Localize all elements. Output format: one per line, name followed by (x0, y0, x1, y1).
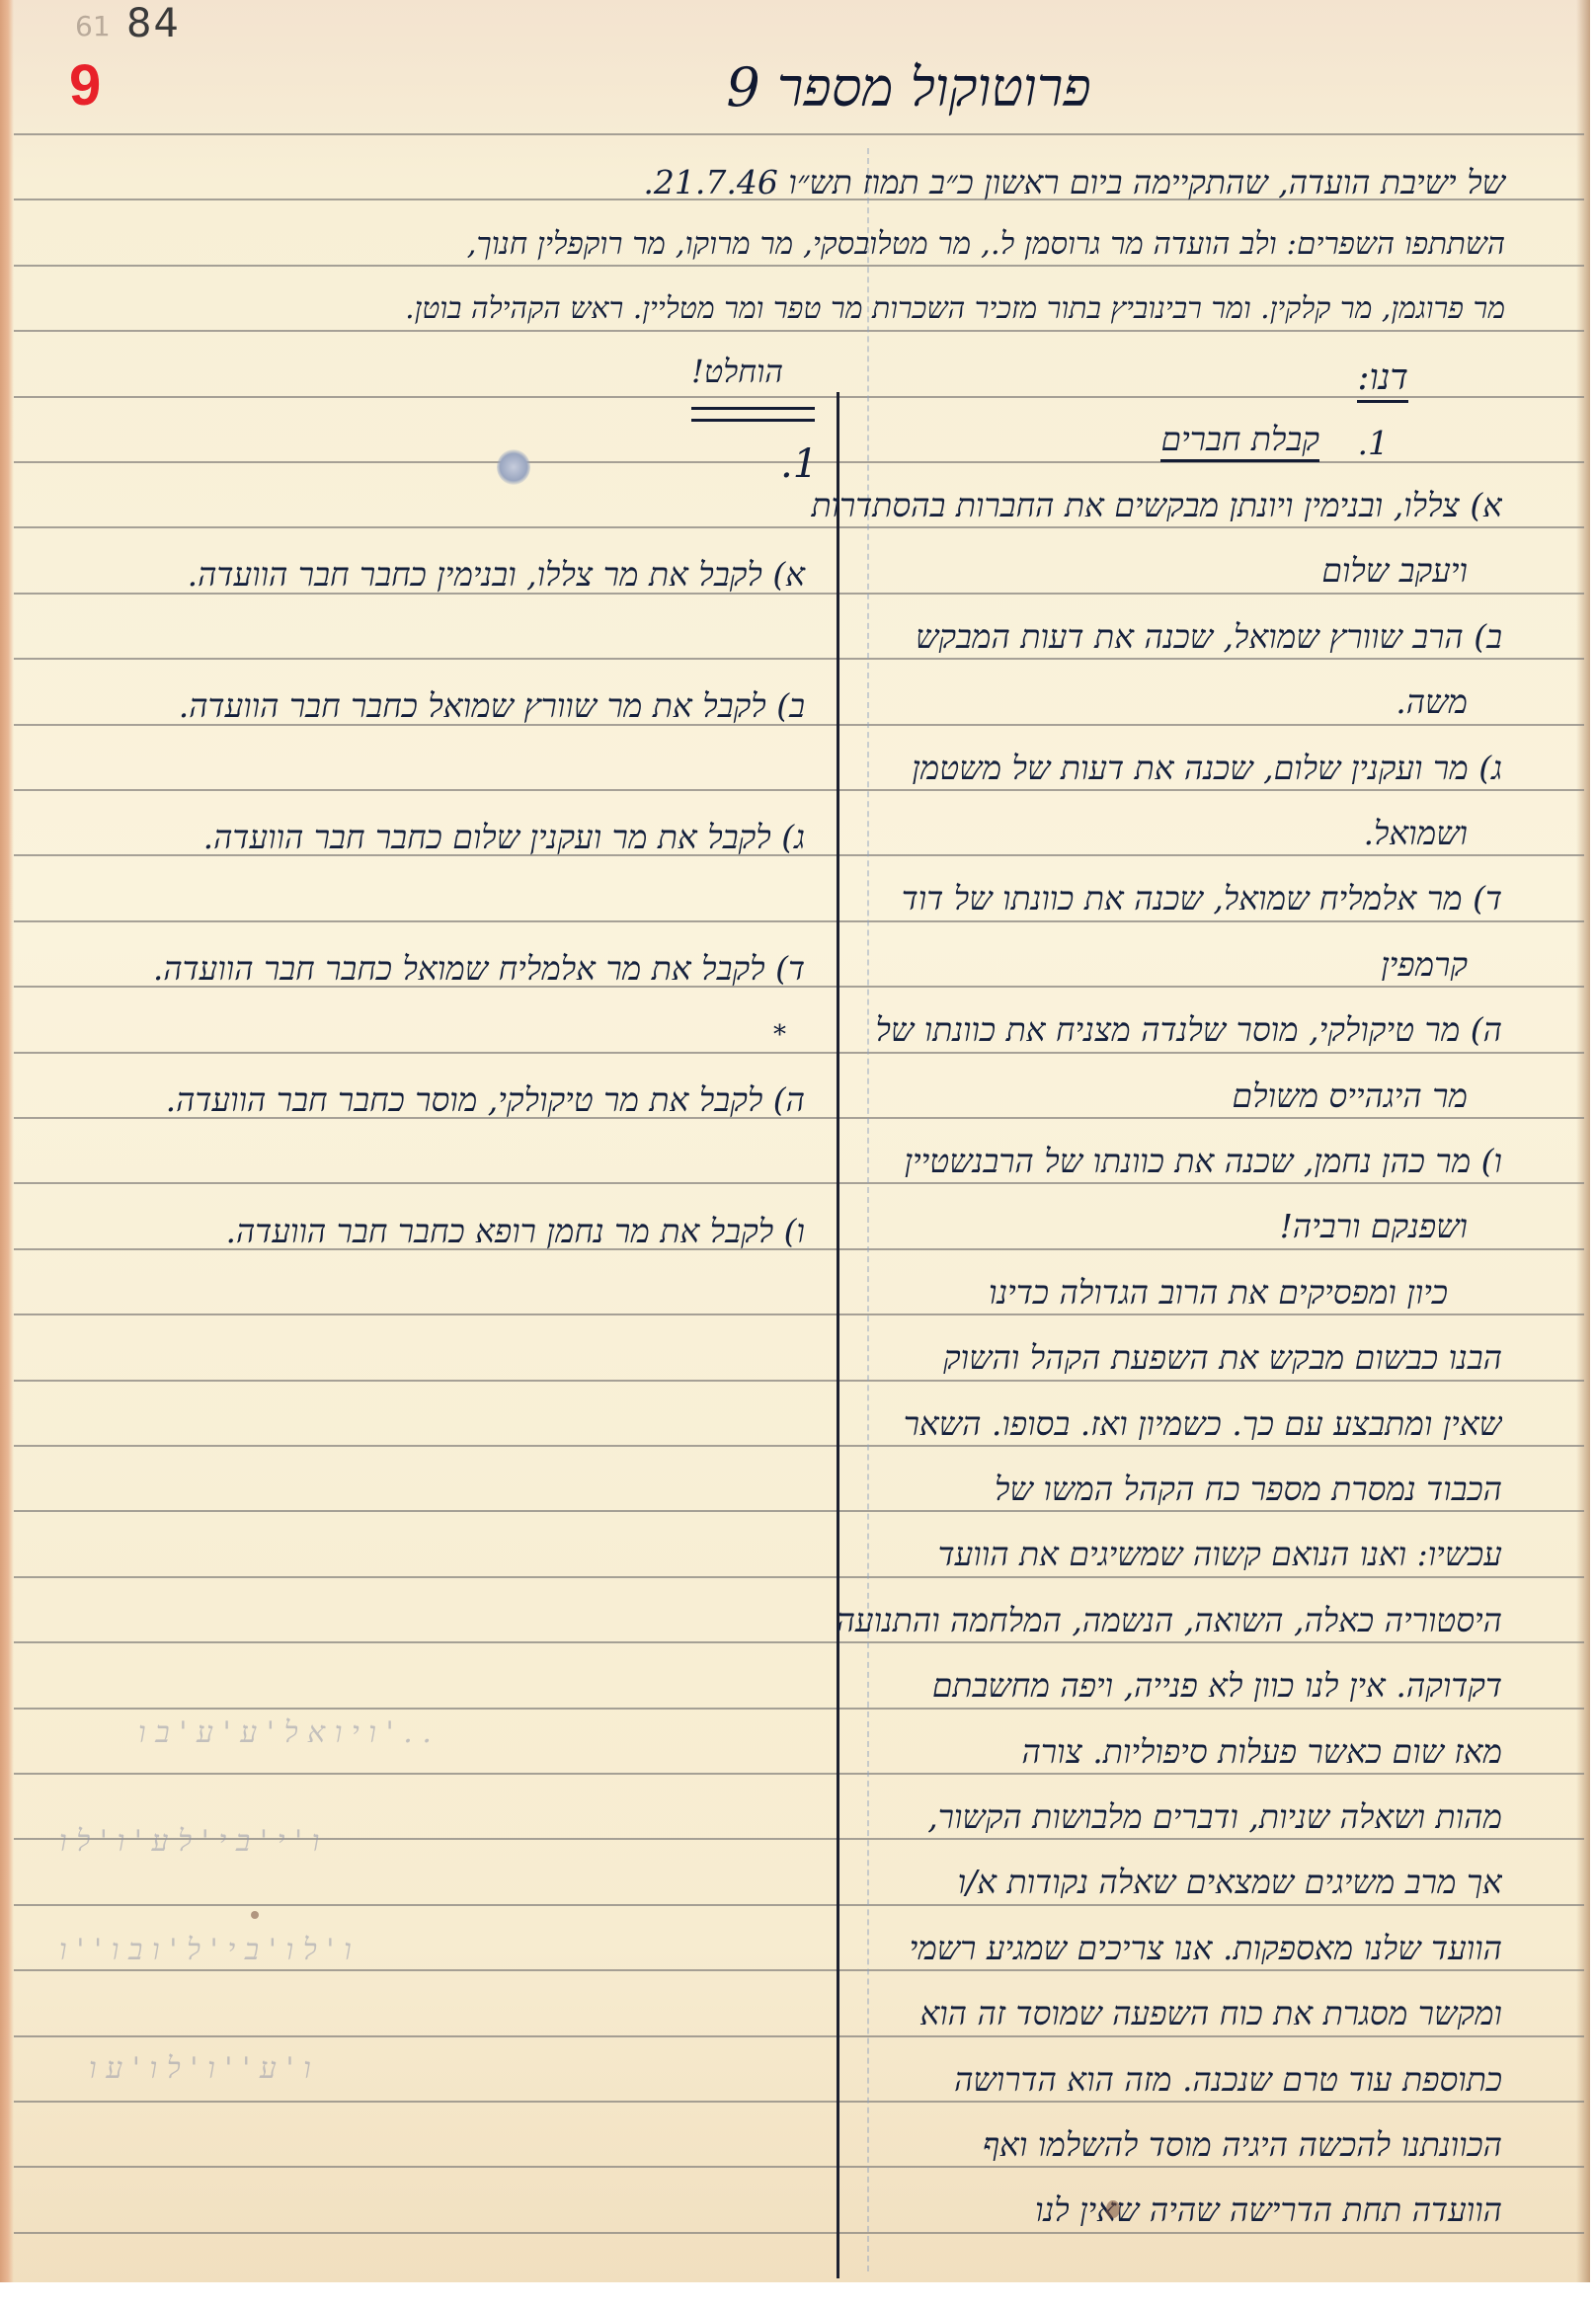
decided-heading-underline (691, 407, 815, 422)
discussion-line: משה. (1396, 685, 1468, 718)
ruled-line (14, 2232, 1584, 2234)
ruled-line (14, 658, 1584, 660)
bleed-through-text: ו ' י ' ב י ' ל ע ' ו ' ל ו (59, 1827, 319, 1857)
ruled-line (14, 2035, 1584, 2037)
discussion-line: כתוספת עוד טרם שנכנה. מזה הוא הדרושה (954, 2063, 1502, 2096)
ruled-line (14, 1641, 1584, 1643)
discussion-line: מר היגהייס משולם (1233, 1079, 1468, 1112)
bleed-through-text: ו ' ל ו ' ב י ' ל ' ו ב ו ' ' ו (59, 1936, 352, 1965)
decision-item: ד) לקבל את מר אלמליח שמואל כחבר חבר הווע… (153, 952, 805, 985)
archive-number-faint: 61 (75, 10, 111, 42)
discussion-line: א) צללו, ובנימין ויונתן מבקשים את החברות… (811, 489, 1502, 521)
ruled-line (14, 330, 1584, 332)
discussion-line: ב) הרב שוורץ שמואל, שכנה את דעות המבקש (916, 620, 1502, 653)
ruled-line (14, 2101, 1584, 2103)
discussion-line: שאין ומתבצע עם כך. כשמיון ואז. בסופו. הש… (904, 1407, 1502, 1440)
decision-item: ה) לקבל את מר טיקולקי, מוסר כחבר חבר הוו… (166, 1083, 805, 1116)
ruled-line (14, 1445, 1584, 1447)
archive-number: 84 (126, 4, 181, 43)
discussion-line: הבנו כבשום מבקש את השפעת הקהל והשוק (943, 1341, 1502, 1374)
ruled-line (14, 1576, 1584, 1578)
ruled-line (14, 920, 1584, 922)
page-number-stamp: 9 (69, 57, 101, 115)
ruled-line (14, 1313, 1584, 1315)
discussion-line: כיון ומפסיקים את הרוב הגדולה כדינו (989, 1276, 1448, 1309)
discussion-line: הכוונתנו להכשה היגיה מוסד להשלמו ואף (983, 2128, 1502, 2161)
margin-guide-line (867, 148, 869, 2271)
discussion-line: דקדוקה. אין לנו כוון לא פנייה, ויפה מחשב… (932, 1669, 1502, 1702)
ruled-line (14, 1969, 1584, 1971)
paper-stain (1106, 2200, 1120, 2218)
header-line-2: השתתפו השפרים: ולב הועדה מר גרוסמן ל., מ… (467, 229, 1505, 260)
discussed-heading: דנו: (1357, 360, 1408, 403)
ruled-line (14, 1510, 1584, 1512)
discussion-line: אך מרב משיגים שמצאים שאלה נקודות א/ו (958, 1866, 1502, 1898)
discussion-line: ושמואל. (1363, 817, 1468, 849)
discussion-line: קרמפין (1381, 948, 1468, 981)
bleed-through-text: . . ' ו י ו א ל ' ע ' ע ' ב ו (138, 1718, 432, 1748)
discussion-line: עכשיו: ואנו הנואם קשוה שמשיגים את הוועד (938, 1538, 1502, 1570)
header-line-1: של ישיבת הועדה, שהתקיימה ביום ראשון כ״ב … (643, 166, 1505, 199)
decision-item: ג) לקבל את מר ועקנין שלום כחבר חבר הוועד… (203, 821, 805, 853)
discussion-line: הוועדה תחת הדרישה שהיה שאין לנו (1035, 2193, 1502, 2226)
discussion-line: ג) מר ועקנין שלום, שכנה את דעות של משטמן (912, 752, 1502, 784)
scan-border (0, 2282, 1596, 2308)
discussion-line: ה) מר טיקולקי, מוסר שלנדה מצניח את כוונת… (875, 1013, 1502, 1046)
section-number-left: 1. (780, 444, 818, 484)
ruled-line (14, 1773, 1584, 1775)
discussion-line: היסטוריה כאלה, השואה, הנשמה, המלחמה והתנ… (837, 1604, 1502, 1636)
paper-stain (251, 1911, 259, 1919)
discussion-line: מהות ושאלה שניות, ודברים מלבושות הקשור, (927, 1800, 1502, 1833)
decision-item: ב) לקבל את מר שוורץ שמואל כחבר חבר הוועד… (179, 689, 805, 722)
ruled-line (14, 789, 1584, 791)
ruled-line (14, 396, 1584, 398)
discussion-line: הכבוד נמסרת מספר כח הקהל המשו של (995, 1472, 1502, 1505)
page-title: פרוטוקול מספר 9 (711, 61, 1106, 115)
ruled-line (14, 2166, 1584, 2168)
column-divider (837, 392, 839, 2278)
ruled-line (14, 1904, 1584, 1906)
section-title-admit-members: קבלת חברים (1160, 423, 1319, 462)
discussion-line: מאז שום כאשר פעלות סיפוליות. צורה (1022, 1735, 1502, 1768)
discussion-line: ד) מר אלמליח שמואל, שכנה את כוונתו של דו… (902, 882, 1502, 915)
decision-item: א) לקבל את מר צללו, ובנימין כחבר חבר הוו… (188, 558, 805, 591)
ruled-line (14, 1380, 1584, 1382)
discussion-line: ו) מר כהן נחמן, שכנה את כוונתו של הרבנשט… (905, 1145, 1502, 1177)
page-binding-edge (0, 0, 14, 2282)
decided-heading: הוחלט! (691, 356, 783, 387)
ruled-line (14, 133, 1584, 135)
header-line-3: מר פרוגמן, מר קלקין. ומר רבינוביץ בתור מ… (405, 294, 1505, 324)
margin-asterisk: * (773, 1022, 786, 1048)
discussion-line: ויעקב שלום (1321, 554, 1468, 587)
bleed-through-text: ו ' ע ' ' ו ' ל ו ' ע ו (89, 2054, 311, 2084)
discussion-line: ומקשר מסגרת את כוח השפעה שמוסד זה הוא (919, 1997, 1502, 2029)
ruled-line (14, 1052, 1584, 1054)
section-number-right: 1. (1358, 427, 1390, 459)
decision-item: ו) לקבל את מר נחמן רופא כחבר חבר הוועדה. (225, 1215, 805, 1247)
discussion-line: ושפנקם ורביה! (1280, 1210, 1468, 1242)
ruled-line (14, 265, 1584, 267)
ruled-line (14, 526, 1584, 528)
discussion-line: הוועד שלנו מאספקות. אנו צריכים שמגיע רשמ… (910, 1932, 1502, 1964)
ink-stain (497, 449, 530, 485)
ruled-line (14, 1708, 1584, 1710)
ruled-line (14, 1182, 1584, 1184)
